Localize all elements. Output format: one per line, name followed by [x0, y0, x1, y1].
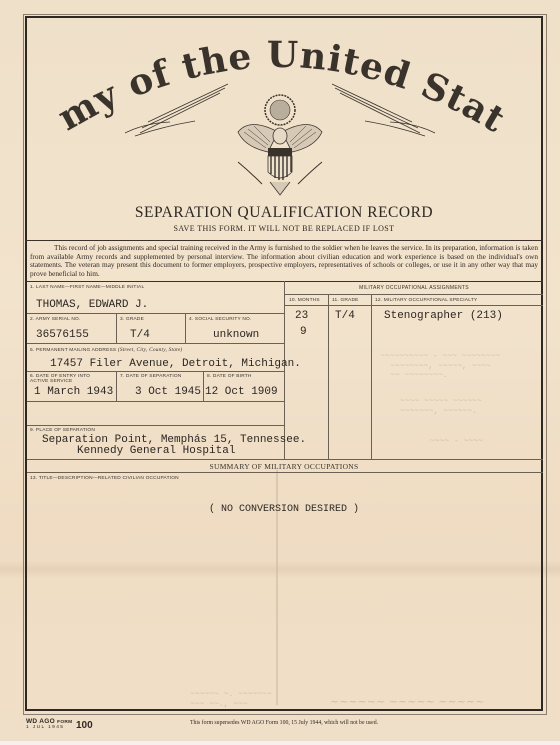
summary-section-title: SUMMARY OF MILITARY OCCUPATIONS — [25, 462, 543, 471]
row-divider — [27, 401, 284, 402]
row-divider — [27, 472, 543, 473]
column-header-months: 10. MONTHS — [289, 298, 320, 303]
assignment-specialty: Stenographer (213) — [384, 310, 503, 322]
cell-divider — [203, 371, 204, 401]
column-divider — [371, 294, 372, 459]
bleed-through-text: ~~~ ~~., ~~~ — [190, 700, 248, 709]
entry-date-label: 6. DATE OF ENTRY INTOACTIVE SERVICE — [30, 374, 90, 384]
row-divider — [285, 294, 543, 295]
bleed-through-signature: ~~~~~~ ~~~~~ ~~~~~ — [330, 695, 484, 708]
bleed-through-text: ~~~~ ~~~~~ ~~~~~~ — [400, 397, 482, 406]
entry-date-value: 1 March 1943 — [34, 386, 113, 398]
cell-divider — [116, 371, 117, 401]
birth-date-label: 8. DATE OF BIRTH — [207, 374, 252, 379]
bleed-through-text: ~~~~ - ~~~~ — [430, 437, 483, 446]
name-value: THOMAS, EDWARD J. — [36, 299, 148, 311]
cell-divider — [185, 313, 186, 343]
bleed-through-text: ~~~~~~~~, ~~~~~, ~~~~ — [390, 362, 491, 371]
separation-date-label: 7. DATE OF SEPARATION — [120, 374, 182, 379]
row-divider — [27, 313, 284, 314]
bleed-through-text: ~~~~~~ ~. ~~~~~~~ — [190, 690, 272, 699]
assignments-section-title: MILITARY OCCUPATIONAL ASSIGNMENTS — [285, 285, 543, 291]
place-value-line2: Kennedy General Hospital — [77, 445, 235, 457]
bleed-through-text: ~~ ~~~~~~~~. — [390, 371, 448, 380]
serial-value: 36576155 — [36, 329, 89, 341]
name-label: 1. LAST NAME—FIRST NAME—MIDDLE INITIAL — [30, 285, 144, 290]
summary-label: 13. TITLE—DESCRIPTION—RELATED CIVILIAN O… — [30, 476, 179, 481]
divider — [25, 240, 543, 241]
place-label: 9. PLACE OF SEPARATION — [30, 428, 95, 433]
intro-text: This record of job assignments and speci… — [30, 243, 538, 278]
column-divider — [328, 294, 329, 459]
form-title: SEPARATION QUALIFICATION RECORD — [25, 204, 543, 222]
supersedes-note: This form supersedes WD AGO Form 100, 15… — [25, 720, 543, 726]
assignment-months: 9 — [300, 326, 307, 338]
serial-label: 2. ARMY SERIAL No. — [30, 317, 81, 322]
bleed-through-text: ~~~~~~~~~~ - ~~~ ~~~~~~~~ — [380, 352, 500, 361]
assignment-grade: T/4 — [335, 310, 355, 322]
row-divider — [27, 343, 284, 344]
scan-edge — [0, 741, 560, 745]
intro-paragraph: This record of job assignments and speci… — [30, 244, 538, 278]
row-divider — [27, 425, 284, 426]
form-subtitle: SAVE THIS FORM. IT WILL NOT BE REPLACED … — [25, 224, 543, 233]
row-divider — [27, 371, 284, 372]
ssn-label: 4. SOCIAL SECURITY No. — [189, 317, 252, 322]
ssn-value: unknown — [213, 329, 259, 341]
address-value: 17457 Filer Avenue, Detroit, Michigan. — [50, 358, 301, 370]
bleed-through-text: ~~~~~~~, ~~~~~~. — [400, 407, 477, 416]
birth-date-value: 12 Oct 1909 — [205, 386, 278, 398]
assignment-months: 23 — [295, 310, 308, 322]
cell-divider — [116, 313, 117, 343]
address-label: 5. PERMANENT MAILING ADDRESS (Street, Ci… — [30, 347, 182, 353]
column-header-grade: 11. GRADE — [332, 298, 359, 303]
row-divider — [285, 305, 543, 306]
grade-value: T/4 — [130, 329, 150, 341]
summary-value: ( NO CONVERSION DESIRED ) — [25, 504, 543, 515]
separation-date-value: 3 Oct 1945 — [135, 386, 201, 398]
column-header-specialty: 12. MILITARY OCCUPATIONAL SPECIALTY — [375, 298, 477, 303]
row-divider — [27, 459, 543, 460]
column-divider — [284, 281, 285, 459]
grade-label: 3. GRADE — [120, 317, 144, 322]
great-seal-eagle-icon — [230, 92, 330, 197]
